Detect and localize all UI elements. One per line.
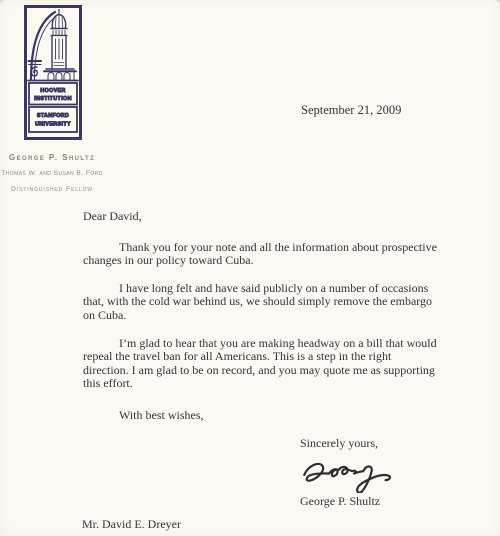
hoover-tower-emblem: HOOVER INSTITUTION STANFORD UNIVERSITY bbox=[24, 5, 82, 140]
logo-institution-line2: INSTITUTION bbox=[34, 96, 72, 102]
hoover-institution-logo: HOOVER INSTITUTION STANFORD UNIVERSITY bbox=[24, 5, 82, 140]
institution-name-box: HOOVER INSTITUTION bbox=[29, 83, 77, 105]
fellow-chair-line1: Thomas W. and Susan B. Ford bbox=[0, 166, 112, 182]
paragraph-1: Thank you for your note and all the info… bbox=[83, 241, 500, 268]
valediction: With best wishes, bbox=[119, 409, 500, 423]
logo-university-line2: UNIVERSITY bbox=[35, 122, 71, 128]
logo-university-line1: STANFORD bbox=[37, 113, 69, 119]
salutation: Dear David, bbox=[83, 210, 500, 224]
closing-block: Sincerely yours, George P. Shultz bbox=[300, 437, 397, 508]
paragraph-2: I have long felt and have said publicly … bbox=[83, 282, 500, 323]
hoover-tower-drawing bbox=[51, 9, 67, 69]
signer-name: George P. Shultz bbox=[300, 495, 397, 509]
closing-phrase: Sincerely yours, bbox=[300, 437, 397, 451]
university-name-box: STANFORD UNIVERSITY bbox=[29, 107, 77, 132]
scanned-letter-page: HOOVER INSTITUTION STANFORD UNIVERSITY G… bbox=[0, 0, 500, 536]
fellow-chair-line2: Distinguished Fellow bbox=[0, 182, 112, 198]
recipient-name: Mr. David E. Dreyer bbox=[82, 517, 181, 532]
logo-institution-line1: HOOVER bbox=[40, 88, 65, 94]
letter-date: September 21, 2009 bbox=[301, 103, 401, 118]
fellow-name: George P. Shultz bbox=[0, 150, 112, 166]
paragraph-3: I’m glad to hear that you are making hea… bbox=[83, 337, 500, 391]
handwritten-signature bbox=[297, 455, 397, 493]
letterhead-fellow-block: George P. Shultz Thomas W. and Susan B. … bbox=[0, 150, 112, 197]
letter-body: Dear David, Thank you for your note and … bbox=[83, 210, 500, 423]
